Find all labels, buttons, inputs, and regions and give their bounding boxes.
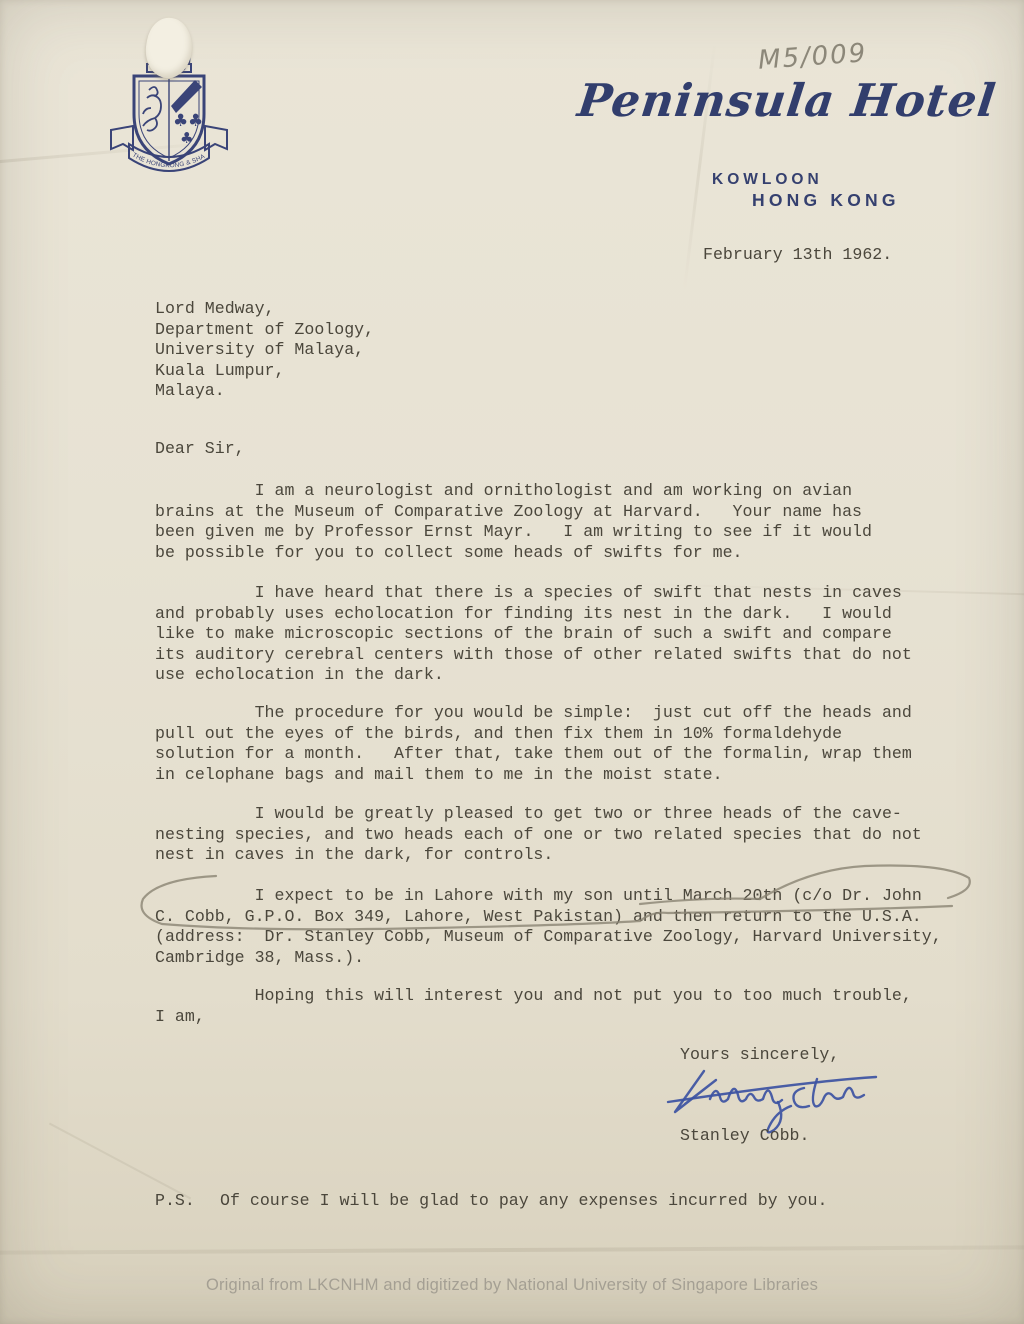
svg-text:♣: ♣ <box>188 111 203 131</box>
typed-signature-name: Stanley Cobb. <box>680 1126 809 1147</box>
postscript-label: P.S. <box>155 1191 195 1212</box>
svg-text:♣: ♣ <box>180 129 193 147</box>
letter-date: February 13th 1962. <box>703 245 892 266</box>
scanned-letter-page: ♣ ♣ ♣ THE HONGKONG & SHANGHAI HOTELS LTD… <box>0 0 1024 1324</box>
salutation: Dear Sir, <box>155 439 245 460</box>
paper-crease <box>49 1123 191 1200</box>
letterhead-kowloon: KOWLOON <box>712 171 823 189</box>
archive-reference-annotation: M5/009 <box>757 38 868 76</box>
paragraph-2: I have heard that there is a species of … <box>155 583 912 686</box>
pencil-circle-annotation <box>120 855 980 955</box>
paragraph-3: The procedure for you would be simple: j… <box>155 703 912 785</box>
svg-text:♣: ♣ <box>173 111 188 131</box>
postscript-text: Of course I will be glad to pay any expe… <box>220 1191 827 1212</box>
digitization-credit: Original from LKCNHM and digitized by Na… <box>0 1276 1024 1295</box>
letterhead-hongkong: HONG KONG <box>752 190 900 211</box>
paragraph-6: Hoping this will interest you and not pu… <box>155 986 912 1027</box>
recipient-address: Lord Medway, Department of Zoology, Univ… <box>155 299 374 402</box>
hotel-name-script: Peninsula Hotel <box>575 74 999 127</box>
paragraph-1: I am a neurologist and ornithologist and… <box>155 481 872 563</box>
paper-crease <box>0 1245 1024 1254</box>
